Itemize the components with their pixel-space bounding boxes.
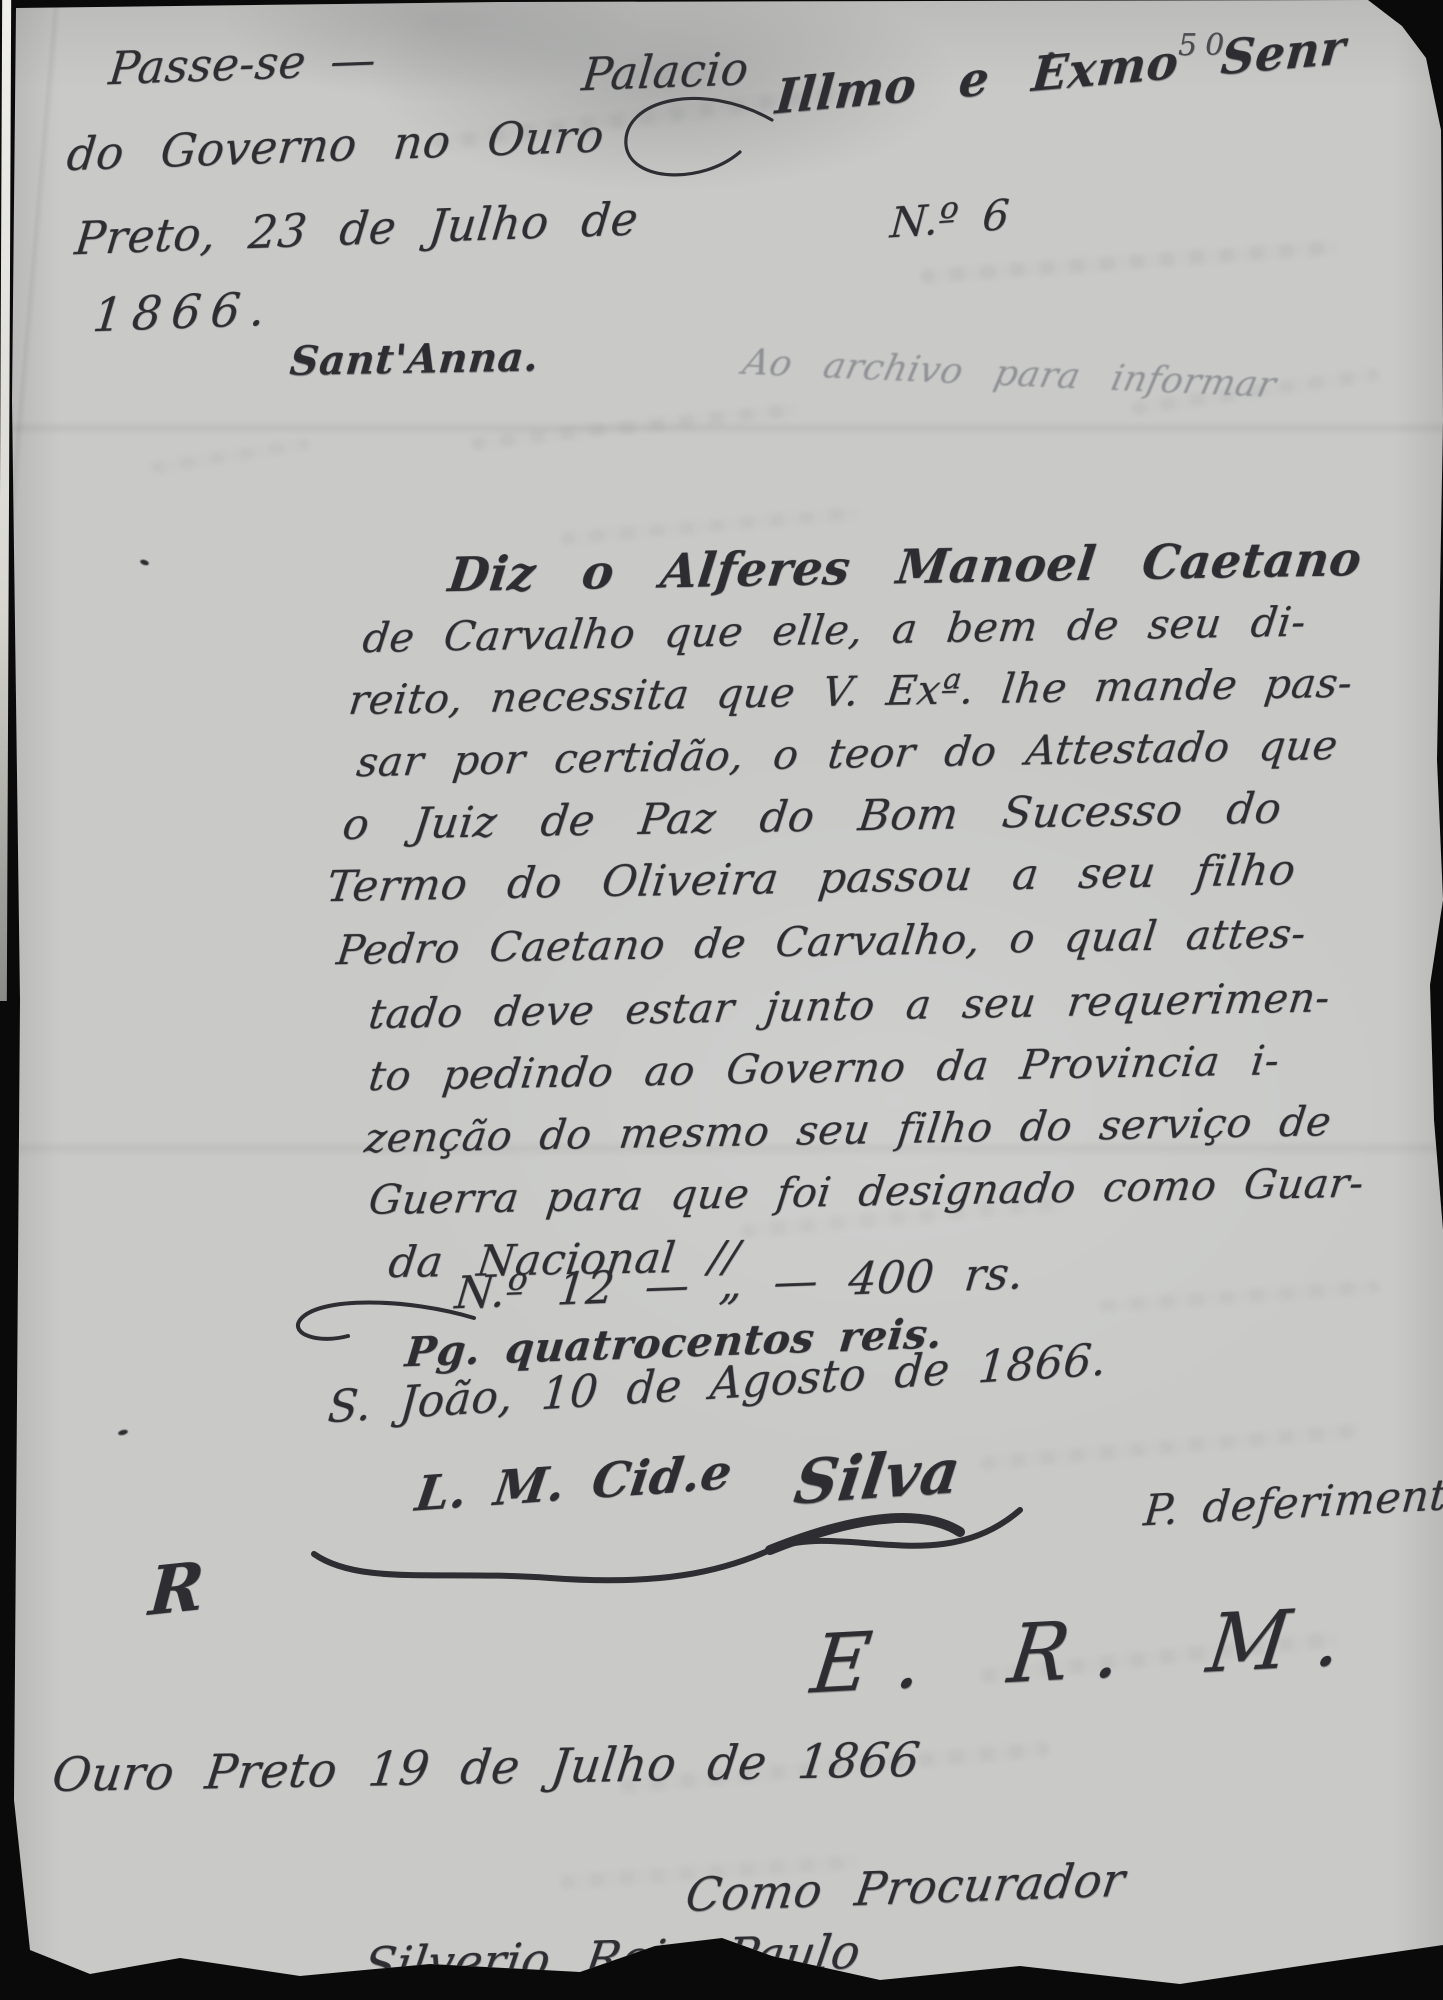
bleedthrough-smudge xyxy=(470,403,800,450)
despacho-signature: Sant'Anna. xyxy=(288,334,541,385)
closing-place-date: Ouro Preto 19 de Julho de 1866 xyxy=(49,1733,923,1803)
petition-line: zenção do mesmo seu filho do serviço de xyxy=(362,1097,1334,1162)
despacho-order: Passe-se — xyxy=(106,33,379,96)
manuscript-scan: 50 Passe-se — Palacio do Governo no Ouro… xyxy=(0,0,1443,2000)
bleedthrough-smudge xyxy=(1100,1280,1380,1313)
petition-line: Guerra para que foi designado como Guar- xyxy=(366,1159,1367,1224)
bleedthrough-smudge xyxy=(980,1423,1360,1470)
ink-speck xyxy=(118,1429,129,1436)
bleedthrough-smudge xyxy=(150,438,310,475)
procurator-signature: Silverio Roiz Paulo xyxy=(360,1925,865,1993)
petition-line: o Juiz de Paz do Bom Sucesso do xyxy=(340,784,1284,850)
courtesy-formula: E. R. M. xyxy=(806,1589,1372,1712)
request-formula: P. deferimento xyxy=(1142,1469,1443,1537)
bleedthrough-smudge xyxy=(920,240,1340,283)
archival-note: Ao archivo para informar xyxy=(739,342,1280,406)
petition-line: reito, necessita que V. Exª. lhe mande p… xyxy=(346,658,1355,724)
doc-number: N.º 6 xyxy=(889,190,1012,248)
salutation-flourish xyxy=(612,90,782,190)
petition-line: Termo do Oliveira passou a seu filho xyxy=(324,845,1299,912)
bleedthrough-smudge xyxy=(560,507,860,545)
petition-line: sar por certidão, o teor do Attestado qu… xyxy=(354,721,1340,786)
petition-line: tado deve estar junto a seu requerimen- xyxy=(366,973,1333,1038)
petition-line: to pedindo ao Governo da Provincia i- xyxy=(366,1036,1282,1100)
salutation: Illmo e Exmo Senr xyxy=(773,20,1348,125)
despacho-dateline-2: do Governo no Ouro xyxy=(64,109,606,181)
signature-flourish xyxy=(300,1490,1080,1600)
ink-speck xyxy=(139,559,149,567)
despacho-dateline-3: Preto, 23 de Julho de xyxy=(72,192,641,265)
rubric: R xyxy=(146,1546,207,1631)
petition-line: de Carvalho que elle, a bem de seu di- xyxy=(360,598,1309,663)
manuscript-page: 50 Passe-se — Palacio do Governo no Ouro… xyxy=(0,0,1443,2000)
back-page-edge xyxy=(0,0,11,1001)
despacho-dateline-4: 1866. xyxy=(90,282,277,343)
petition-line: Pedro Caetano de Carvalho, o qual attes- xyxy=(334,909,1309,974)
